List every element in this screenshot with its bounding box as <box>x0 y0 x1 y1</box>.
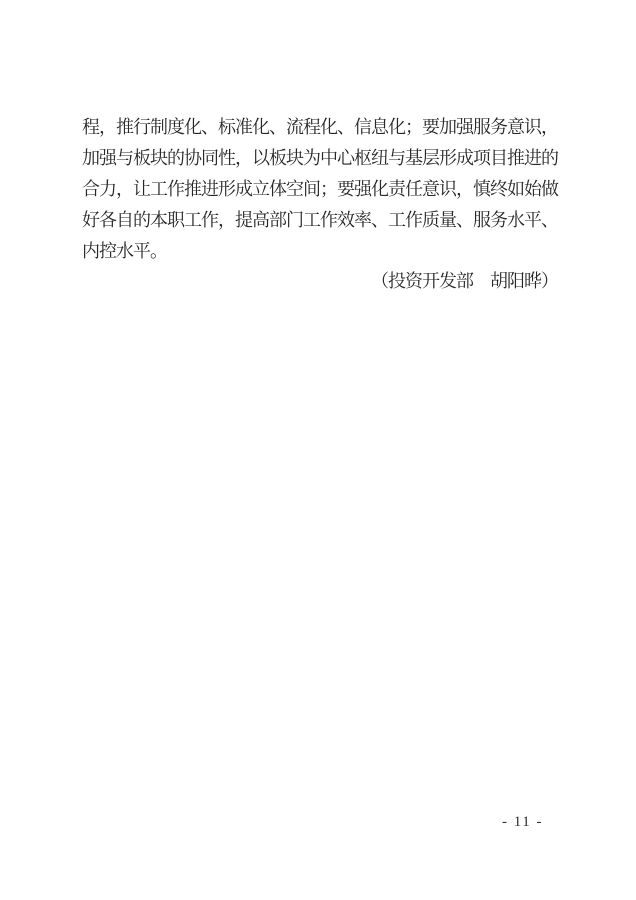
document-body: 程，推行制度化、标准化、流程化、信息化；要加强服务意识， 加强与板块的协同性，以… <box>82 112 558 297</box>
page-background: 程，推行制度化、标准化、流程化、信息化；要加强服务意识， 加强与板块的协同性，以… <box>0 0 636 900</box>
document-page: { "page": { "background_color": "#ffffff… <box>0 0 636 900</box>
body-text-line-4: 好各自的本职工作，提高部门工作效率、工作质量、服务水平、 <box>82 204 558 235</box>
page-number: - 11 - <box>502 814 543 831</box>
body-text-line-3: 合力，让工作推进形成立体空间；要强化责任意识，慎终如始做 <box>82 174 558 205</box>
body-text-line-5: 内控水平。 <box>82 235 558 266</box>
attribution-line: （投资开发部 胡阳晔） <box>82 266 558 297</box>
body-text-line-2: 加强与板块的协同性，以板块为中心枢纽与基层形成项目推进的 <box>82 143 558 174</box>
body-text-line-1: 程，推行制度化、标准化、流程化、信息化；要加强服务意识， <box>82 112 558 143</box>
